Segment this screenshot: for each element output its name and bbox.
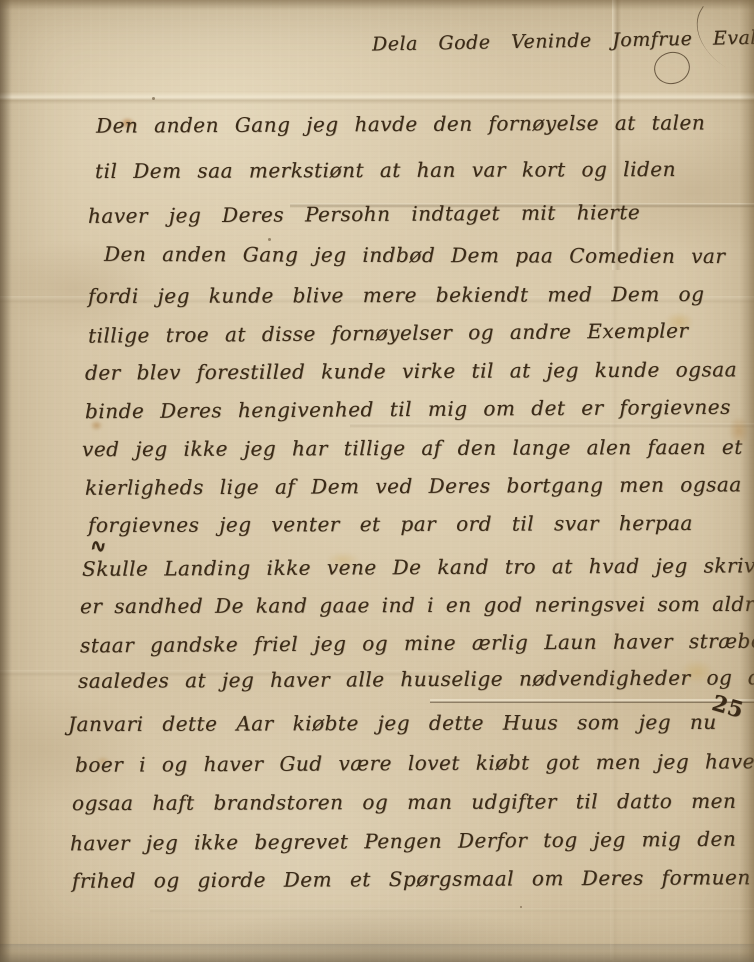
fold-crease-horizontal-bottom bbox=[0, 944, 754, 952]
letter-line: frihed og giorde Dem et Spørgsmaal om De… bbox=[72, 865, 751, 893]
letter-line: Skulle Landing ikke vene De kand tro at … bbox=[82, 553, 754, 581]
ink-speck bbox=[268, 238, 271, 241]
letter-line: ogsaa haft brandstoren og man udgifter t… bbox=[72, 789, 736, 815]
letter-line: haver jeg Deres Persohn indtaget mit hie… bbox=[88, 200, 640, 228]
letter-line: er sandhed De kand gaae ind i en god ner… bbox=[80, 592, 754, 618]
letter-line: haver jeg ikke begrevet Pengen Derfor to… bbox=[70, 827, 736, 856]
paper-edge-shadow-left bbox=[0, 0, 12, 962]
letter-page: Dela Gode Veninde Jomfrue Evaldt Den and… bbox=[0, 0, 754, 962]
letter-line: saaledes at jeg haver alle huuselige nød… bbox=[78, 665, 754, 693]
letter-line: der blev forestilled kunde virke til at … bbox=[85, 357, 737, 384]
letter-line: Janvari dette Aar kiøbte jeg dette Huus … bbox=[68, 710, 717, 736]
fold-crease-horizontal-bottom-faint bbox=[150, 908, 754, 913]
letter-line: staar gandske friel jeg og mine ærlig La… bbox=[80, 629, 754, 658]
ink-speck bbox=[520, 906, 522, 908]
letter-line: boer i og haver Gud være lovet kiøbt got… bbox=[75, 749, 754, 777]
paper-edge-shadow-bottom bbox=[0, 946, 754, 962]
letter-line: Den anden Gang jeg indbød Dem paa Comedi… bbox=[104, 242, 726, 268]
letter-salutation: Dela Gode Veninde Jomfrue Evaldt bbox=[372, 26, 754, 55]
letter-line: ved jeg ikke jeg har tillige af den lang… bbox=[82, 435, 743, 461]
fold-crease-horizontal-lower bbox=[430, 699, 754, 705]
paper-edge-shadow-right bbox=[740, 0, 754, 962]
letter-line: kierligheds lige af Dem ved Deres bortga… bbox=[85, 472, 742, 499]
letter-line: forgievnes jeg venter et par ord til sva… bbox=[88, 511, 693, 537]
letter-line: fordi jeg kunde blive mere bekiendt med … bbox=[88, 282, 704, 308]
signature-flourish-loop bbox=[651, 48, 694, 88]
letter-line: Den anden Gang jeg havde den fornøyelse … bbox=[96, 110, 705, 137]
letter-line: binde Deres hengivenhed til mig om det e… bbox=[85, 395, 731, 424]
fold-crease-horizontal-center bbox=[350, 423, 754, 428]
letter-line: tillige troe at disse fornøyelser og and… bbox=[88, 318, 689, 347]
letter-line: til Dem saa merkstiønt at han var kort o… bbox=[95, 157, 676, 183]
ink-speck bbox=[152, 97, 155, 100]
paper-edge-shadow-top bbox=[0, 0, 754, 10]
fold-crease-horizontal-top bbox=[0, 92, 754, 104]
